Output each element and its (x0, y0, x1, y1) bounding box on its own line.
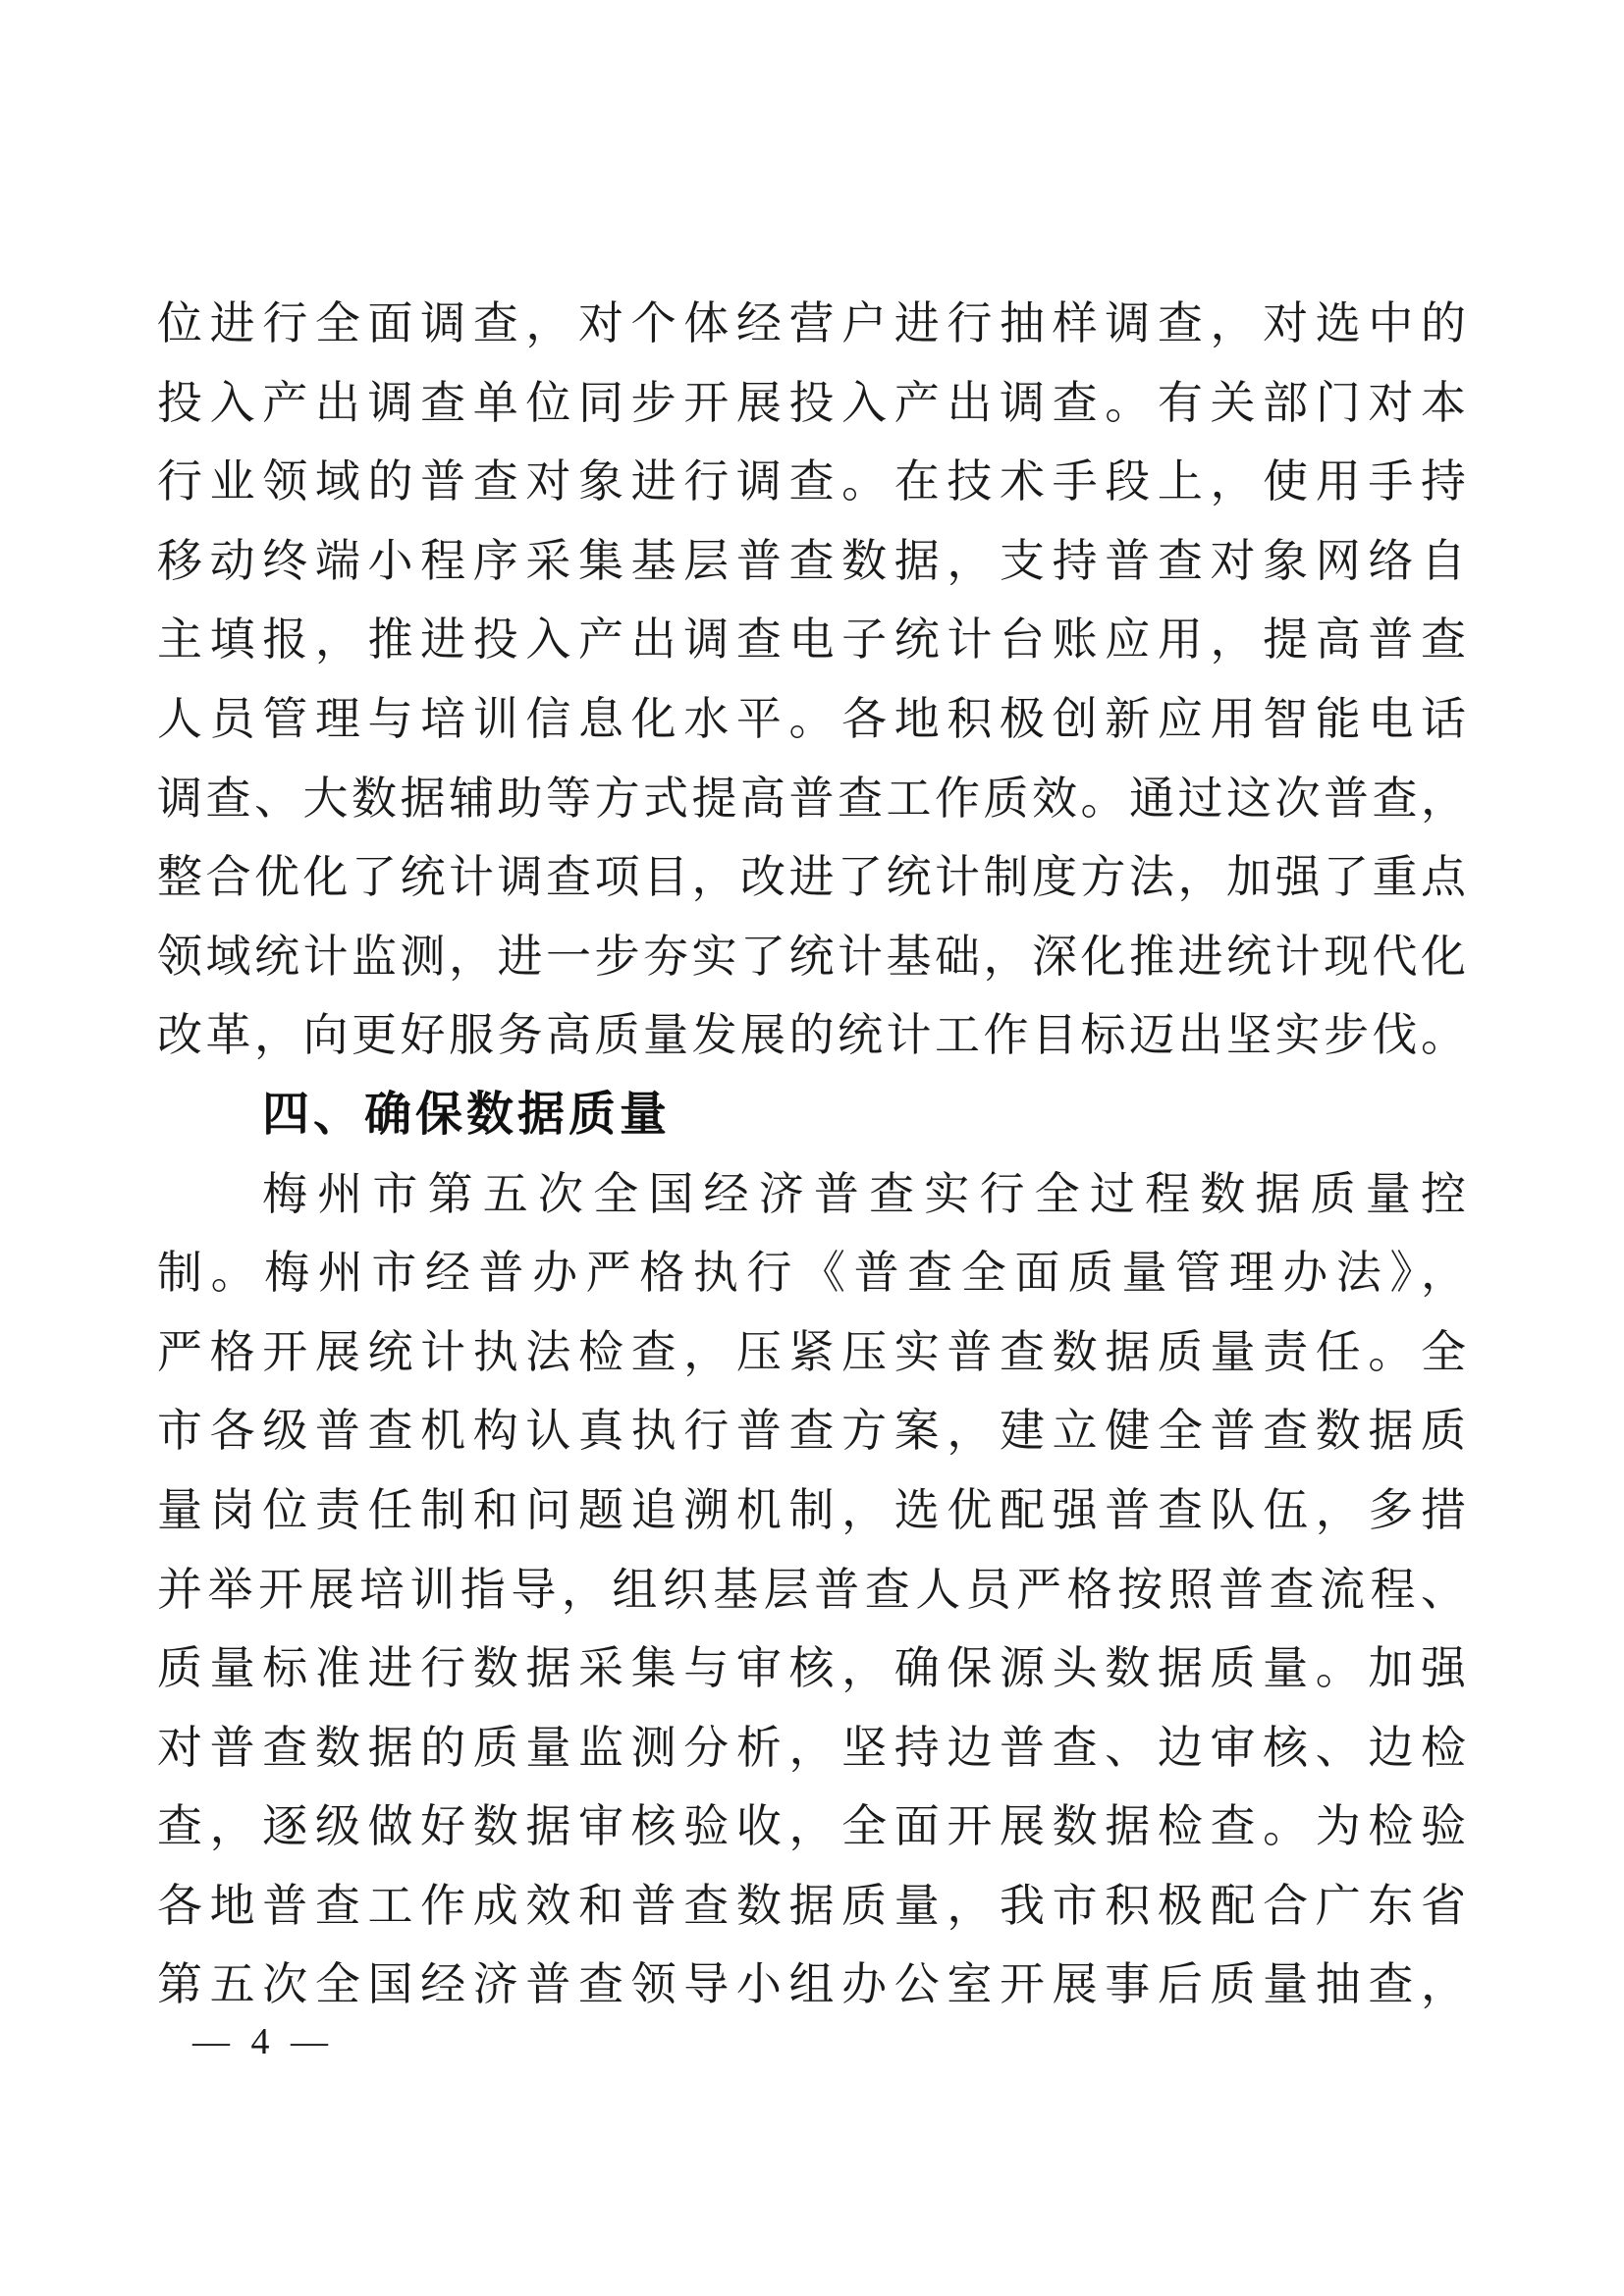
text-line: 人员管理与培训信息化水平。各地积极创新应用智能电话 (157, 680, 1466, 760)
text-line: 主填报，推进投入产出调查电子统计台账应用，提高普查 (157, 601, 1466, 680)
text-line: 领域统计监测，进一步夯实了统计基础，深化推进统计现代化 (157, 918, 1466, 997)
text-line: 对普查数据的质量监测分析，坚持边普查、边审核、边检 (157, 1709, 1466, 1789)
text-line: 投入产出调查单位同步开展投入产出调查。有关部门对本 (157, 364, 1466, 444)
text-line: 整合优化了统计调查项目，改进了统计制度方法，加强了重点 (157, 838, 1466, 918)
text-line: 梅州市第五次全国经济普查实行全过程数据质量控 (157, 1155, 1466, 1235)
text-line: 量岗位责任制和问题追溯机制，选优配强普查队伍，多措 (157, 1471, 1466, 1551)
section-heading: 四、确保数据质量 (157, 1076, 1466, 1155)
text-line: 改革，向更好服务高质量发展的统计工作目标迈出坚实步伐。 (157, 996, 1466, 1076)
text-line: 并举开展培训指导，组织基层普查人员严格按照普查流程、 (157, 1551, 1466, 1630)
text-line: 移动终端小程序采集基层普查数据，支持普查对象网络自 (157, 522, 1466, 602)
text-line: 位进行全面调查，对个体经营户进行抽样调查，对选中的 (157, 285, 1466, 364)
text-line: 质量标准进行数据采集与审核，确保源头数据质量。加强 (157, 1629, 1466, 1709)
page-number: — 4 — (192, 2018, 334, 2065)
text-line: 市各级普查机构认真执行普查方案，建立健全普查数据质 (157, 1392, 1466, 1471)
text-block: 位进行全面调查，对个体经营户进行抽样调查，对选中的 投入产出调查单位同步开展投入… (157, 285, 1466, 2025)
text-line: 严格开展统计执法检查，压紧压实普查数据质量责任。全 (157, 1313, 1466, 1393)
text-line: 各地普查工作成效和普查数据质量，我市积极配合广东省 (157, 1867, 1466, 1947)
text-line: 第五次全国经济普查领导小组办公室开展事后质量抽查， (157, 1946, 1466, 2025)
text-line: 查，逐级做好数据审核验收，全面开展数据检查。为检验 (157, 1788, 1466, 1867)
document-page: 位进行全面调查，对个体经营户进行抽样调查，对选中的 投入产出调查单位同步开展投入… (0, 0, 1624, 2296)
text-line: 调查、大数据辅助等方式提高普查工作质效。通过这次普查， (157, 760, 1466, 839)
text-line: 行业领域的普查对象进行调查。在技术手段上，使用手持 (157, 443, 1466, 522)
text-line: 制。梅州市经普办严格执行《普查全面质量管理办法》， (157, 1234, 1466, 1313)
